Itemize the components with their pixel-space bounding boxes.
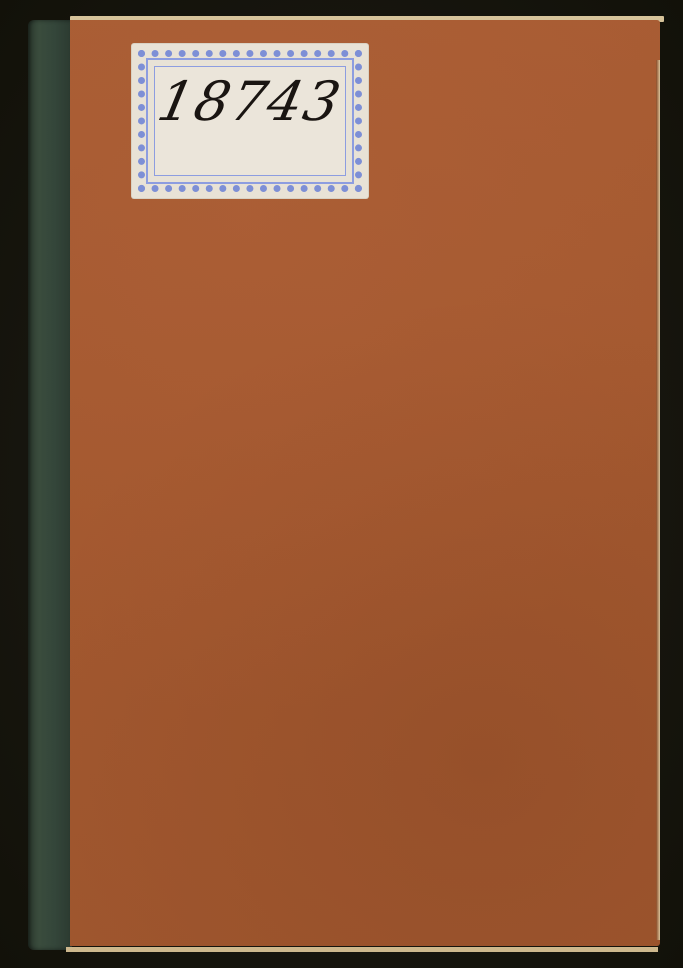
page-edges-bottom [66, 947, 658, 952]
page-edges-right [656, 60, 660, 940]
catalog-label: 18743 [132, 44, 368, 198]
cloth-spine [28, 20, 72, 950]
catalog-number: 18743 [125, 70, 374, 133]
book-cover: 18743 [70, 20, 660, 946]
book: 18743 [26, 14, 664, 952]
